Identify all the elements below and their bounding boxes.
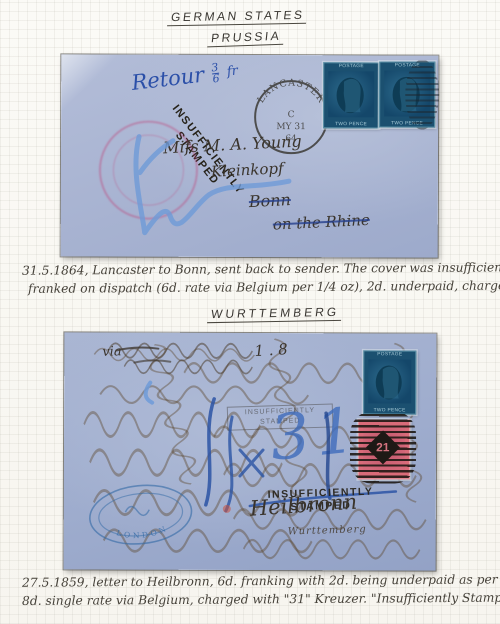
caption2-line1: 27.5.1859, letter to Heilbronn, 6d. fran… [22, 572, 500, 589]
section-title-prussia: PRUSSIA [207, 29, 285, 48]
caption1-line2: franked on dispatch (6d. rate via Belgiu… [28, 278, 500, 296]
cover-wurttemberg: via 1 . 8 POSTAGE TWO PENCE 21 INSUF [64, 332, 437, 570]
page-title: GERMAN STATES [167, 8, 308, 26]
blue-crayon-marking [61, 54, 439, 257]
red-wax-dot [223, 505, 231, 513]
album-page: GERMAN STATES PRUSSIA Retour 3 6 fr LANC… [0, 0, 500, 624]
caption2-line2: 8d. single rate via Belgium, charged wit… [22, 590, 500, 608]
cachet-inner-script [125, 505, 150, 517]
london-oval-cachet: LONDON [83, 477, 199, 554]
section-title-wurttemberg: WURTTEMBERG [207, 305, 343, 323]
caption1-line1: 31.5.1864, Lancaster to Bonn, sent back … [22, 260, 500, 277]
cover-prussia: Retour 3 6 fr LANCASTER C MY 31 64 POSTA… [61, 54, 439, 257]
